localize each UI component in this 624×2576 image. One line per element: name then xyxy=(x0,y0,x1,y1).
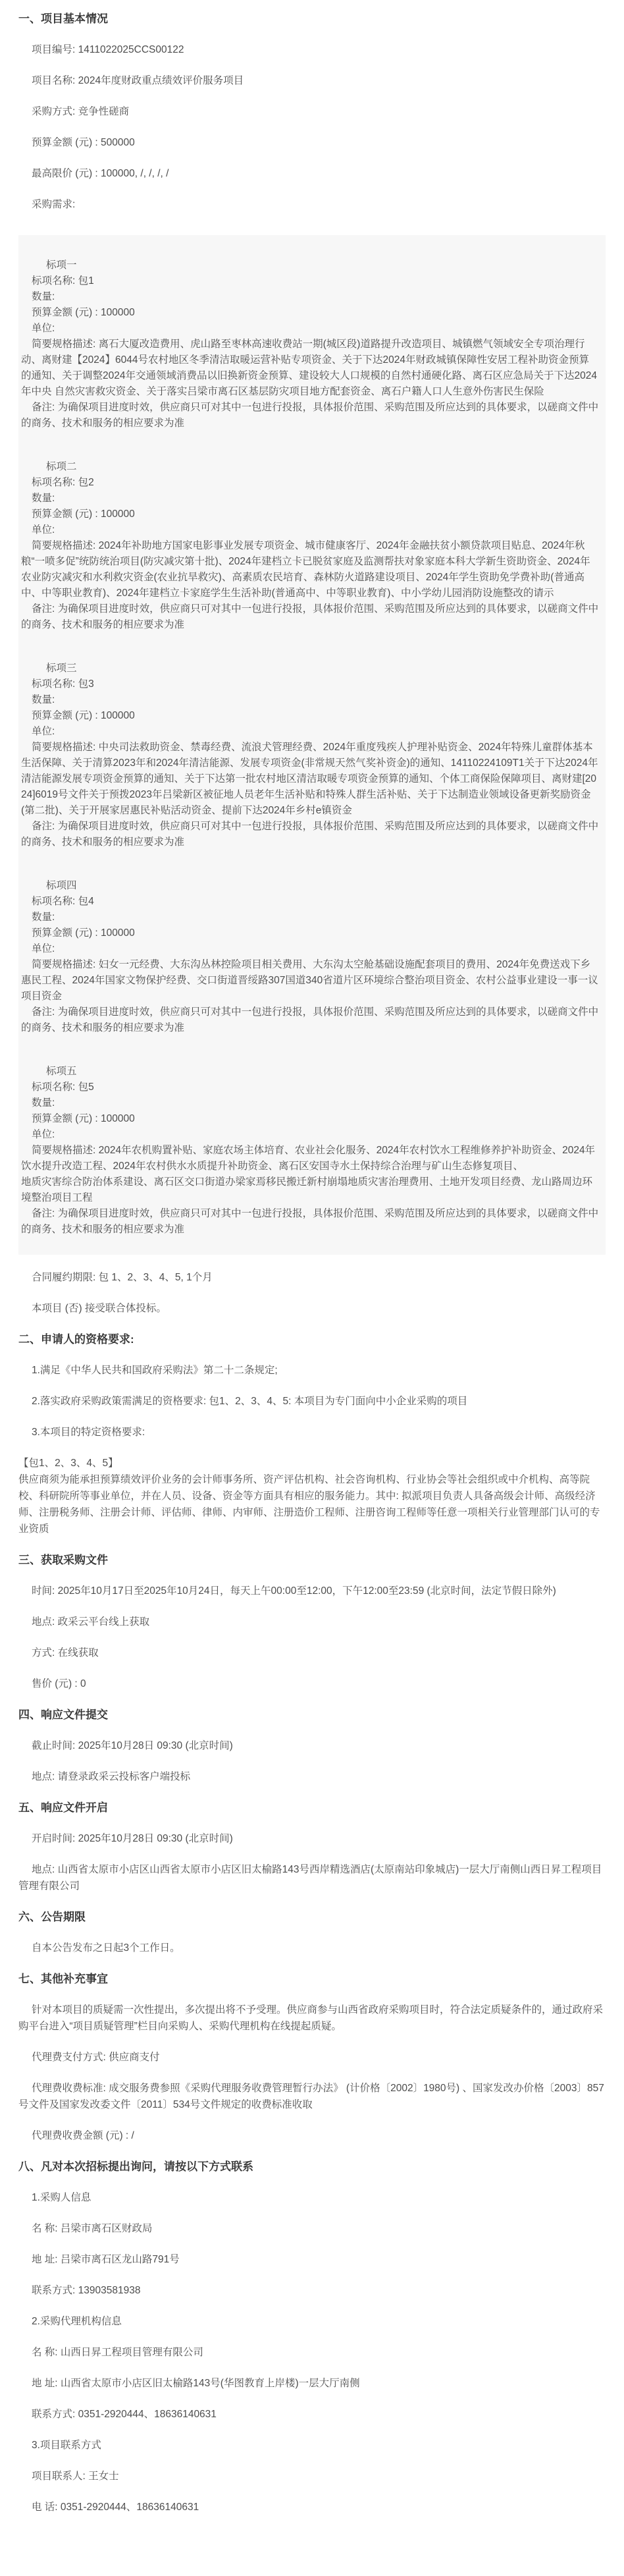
agency-fee-pay-method: 代理费支付方式: 供应商支付 xyxy=(18,2049,606,2066)
obtain-place: 地点: 政采云平台线上获取 xyxy=(18,1614,606,1630)
lot-name: 标项名称: 包2 xyxy=(21,475,599,491)
budget-amount: 预算金额 (元) : 500000 xyxy=(18,134,606,151)
lot-budget: 预算金额 (元) : 100000 xyxy=(21,925,599,941)
purchaser-phone: 联系方式: 13903581938 xyxy=(18,2282,606,2299)
lot-budget: 预算金额 (元) : 100000 xyxy=(21,507,599,522)
agency-name: 名 称: 山西日昇工程项目管理有限公司 xyxy=(18,2344,606,2361)
lot-unit: 单位: xyxy=(21,321,599,337)
section-response-submission: 四、响应文件提交 截止时间: 2025年10月28日 09:30 (北京时间) … xyxy=(18,1707,606,1785)
project-number: 项目编号: 1411022025CCS00122 xyxy=(18,41,606,58)
lot-description: 简要规格描述: 中央司法救助资金、禁毒经费、流浪犬管理经费、2024年重度残疾人… xyxy=(21,740,599,819)
opening-place: 地点: 山西省太原市小店区山西省太原市小店区旧太榆路143号西岸精选酒店(太原南… xyxy=(18,1861,606,1894)
lot-description: 简要规格描述: 妇女一元经费、大东沟丛林控险项目相关费用、大东沟太空舱基础设施配… xyxy=(21,957,599,1004)
submission-deadline: 截止时间: 2025年10月28日 09:30 (北京时间) xyxy=(18,1738,606,1754)
section-heading-contact: 八、凡对本次招标提出询问，请按以下方式联系 xyxy=(18,2158,606,2175)
section-heading-obtain-documents: 三、获取采购文件 xyxy=(18,1552,606,1568)
section-heading-qualification: 二、申请人的资格要求: xyxy=(18,1331,606,1348)
lot-item-5: 标项五 标项名称: 包5 数量: 预算金额 (元) : 100000 单位: 简… xyxy=(21,1064,599,1238)
procurement-method: 采购方式: 竞争性磋商 xyxy=(18,103,606,120)
project-contact-phone: 电 话: 0351-2920444、18636140631 xyxy=(18,2499,606,2515)
document-price: 售价 (元) : 0 xyxy=(18,1676,606,1692)
lot-name: 标项名称: 包1 xyxy=(21,273,599,289)
lot-item-4: 标项四 标项名称: 包4 数量: 预算金额 (元) : 100000 单位: 简… xyxy=(21,878,599,1036)
qualification-rule-3: 3.本项目的特定资格要求: xyxy=(18,1424,606,1440)
section-heading-other-matters: 七、其他补充事宜 xyxy=(18,1971,606,1987)
agency-phone: 联系方式: 0351-2920444、18636140631 xyxy=(18,2406,606,2423)
lot-title: 标项一 xyxy=(21,258,599,273)
lot-item-3: 标项三 标项名称: 包3 数量: 预算金额 (元) : 100000 单位: 简… xyxy=(21,661,599,850)
announcement-period-body: 自本公告发布之日起3个工作日。 xyxy=(18,1940,606,1956)
joint-bid-statement: 本项目 (否) 接受联合体投标。 xyxy=(18,1300,606,1317)
submission-place: 地点: 请登录政采云投标客户端投标 xyxy=(18,1768,606,1785)
lot-title: 标项三 xyxy=(21,661,599,676)
lot-unit: 单位: xyxy=(21,724,599,740)
purchaser-address: 地 址: 吕梁市离石区龙山路791号 xyxy=(18,2251,606,2268)
section-qualification: 二、申请人的资格要求: 1.满足《中华人民共和国政府采购法》第二十二条规定; 2… xyxy=(18,1331,606,1537)
project-name: 项目名称: 2024年度财政重点绩效评价服务项目 xyxy=(18,72,606,89)
qualification-rule-1: 1.满足《中华人民共和国政府采购法》第二十二条规定; xyxy=(18,1362,606,1379)
lot-quantity: 数量: xyxy=(21,289,599,305)
lot-note: 备注: 为确保项目进度时效，供应商只可对其中一包进行投报，具体报价范围、采购范围… xyxy=(21,601,599,633)
section-basic-info: 一、项目基本情况 项目编号: 1411022025CCS00122 项目名称: … xyxy=(18,11,606,1317)
section-announcement-period: 六、公告期限 自本公告发布之日起3个工作日。 xyxy=(18,1909,606,1956)
agency-fee-standard: 代理费收费标准: 成交服务费参照《采购代理服务收费管理暂行办法》 (计价格〔20… xyxy=(18,2080,606,2113)
lot-title: 标项四 xyxy=(21,878,599,894)
lot-item-1: 标项一 标项名称: 包1 数量: 预算金额 (元) : 100000 单位: 简… xyxy=(21,258,599,431)
agency-fee-amount: 代理费收费金额 (元) : / xyxy=(18,2127,606,2144)
agency-address: 地 址: 山西省太原市小店区旧太榆路143号(华图教育上岸楼)一层大厅南侧 xyxy=(18,2375,606,2392)
lot-quantity: 数量: xyxy=(21,910,599,925)
lot-title: 标项五 xyxy=(21,1064,599,1080)
lot-budget: 预算金额 (元) : 100000 xyxy=(21,1111,599,1127)
lot-name: 标项名称: 包3 xyxy=(21,676,599,692)
section-contact: 八、凡对本次招标提出询问，请按以下方式联系 1.采购人信息 名 称: 吕梁市离石… xyxy=(18,2158,606,2515)
lot-unit: 单位: xyxy=(21,1127,599,1143)
qualification-rule-2: 2.落实政府采购政策需满足的资格要求: 包1、2、3、4、5: 本项目为专门面向… xyxy=(18,1393,606,1410)
query-rule: 针对本项目的质疑需一次性提出，多次提出将不予受理。供应商参与山西省政府采购项目时… xyxy=(18,2002,606,2035)
lot-note: 备注: 为确保项目进度时效，供应商只可对其中一包进行投报，具体报价范围、采购范围… xyxy=(21,1206,599,1238)
section-heading-basic-info: 一、项目基本情况 xyxy=(18,11,606,27)
lot-note: 备注: 为确保项目进度时效，供应商只可对其中一包进行投报，具体报价范围、采购范围… xyxy=(21,819,599,850)
lot-name: 标项名称: 包5 xyxy=(21,1080,599,1095)
lot-quantity: 数量: xyxy=(21,491,599,507)
lot-note: 备注: 为确保项目进度时效，供应商只可对其中一包进行投报，具体报价范围、采购范围… xyxy=(21,400,599,431)
lot-budget: 预算金额 (元) : 100000 xyxy=(21,305,599,321)
lot-quantity: 数量: xyxy=(21,1095,599,1111)
section-heading-response-opening: 五、响应文件开启 xyxy=(18,1799,606,1816)
project-contact-title: 3.项目联系方式 xyxy=(18,2437,606,2453)
procurement-announcement-document: 一、项目基本情况 项目编号: 1411022025CCS00122 项目名称: … xyxy=(0,0,624,2576)
purchaser-info-title: 1.采购人信息 xyxy=(18,2189,606,2206)
section-heading-response-submission: 四、响应文件提交 xyxy=(18,1707,606,1723)
lot-note: 备注: 为确保项目进度时效，供应商只可对其中一包进行投报，具体报价范围、采购范围… xyxy=(21,1004,599,1036)
lot-quantity: 数量: xyxy=(21,692,599,708)
lot-description: 简要规格描述: 离石大厦改造费用、虎山路至枣林高速收费站一期(城区段)道路提升改… xyxy=(21,337,599,400)
section-other-matters: 七、其他补充事宜 针对本项目的质疑需一次性提出，多次提出将不予受理。供应商参与山… xyxy=(18,1971,606,2144)
procurement-demand-label: 采购需求: xyxy=(18,196,606,213)
lot-unit: 单位: xyxy=(21,522,599,538)
lots-box: 标项一 标项名称: 包1 数量: 预算金额 (元) : 100000 单位: 简… xyxy=(18,235,606,1255)
purchaser-name: 名 称: 吕梁市离石区财政局 xyxy=(18,2220,606,2237)
lot-item-2: 标项二 标项名称: 包2 数量: 预算金额 (元) : 100000 单位: 简… xyxy=(21,459,599,633)
lot-name: 标项名称: 包4 xyxy=(21,894,599,910)
lot-budget: 预算金额 (元) : 100000 xyxy=(21,708,599,724)
section-heading-announcement-period: 六、公告期限 xyxy=(18,1909,606,1925)
obtain-method: 方式: 在线获取 xyxy=(18,1645,606,1661)
lot-unit: 单位: xyxy=(21,941,599,957)
section-obtain-documents: 三、获取采购文件 时间: 2025年10月17日至2025年10月24日，每天上… xyxy=(18,1552,606,1692)
section-response-opening: 五、响应文件开启 开启时间: 2025年10月28日 09:30 (北京时间) … xyxy=(18,1799,606,1894)
opening-time: 开启时间: 2025年10月28日 09:30 (北京时间) xyxy=(18,1830,606,1847)
qualification-special-requirements: 【包1、2、3、4、5】 供应商须为能承担预算绩效评价业务的会计师事务所、资产评… xyxy=(18,1455,606,1537)
contract-term: 合同履约期限: 包 1、2、3、4、5, 1个月 xyxy=(18,1269,606,1286)
obtain-time: 时间: 2025年10月17日至2025年10月24日，每天上午00:00至12… xyxy=(18,1583,606,1599)
max-price: 最高限价 (元) : 100000, /, /, /, / xyxy=(18,165,606,182)
project-contact-person: 项目联系人: 王女士 xyxy=(18,2468,606,2484)
lot-description: 简要规格描述: 2024年补助地方国家电影事业发展专项资金、城市健康客厅、202… xyxy=(21,538,599,601)
agency-info-title: 2.采购代理机构信息 xyxy=(18,2313,606,2330)
lot-description: 简要规格描述: 2024年农机购置补贴、家庭农场主体培育、农业社会化服务、202… xyxy=(21,1143,599,1206)
lot-title: 标项二 xyxy=(21,459,599,475)
